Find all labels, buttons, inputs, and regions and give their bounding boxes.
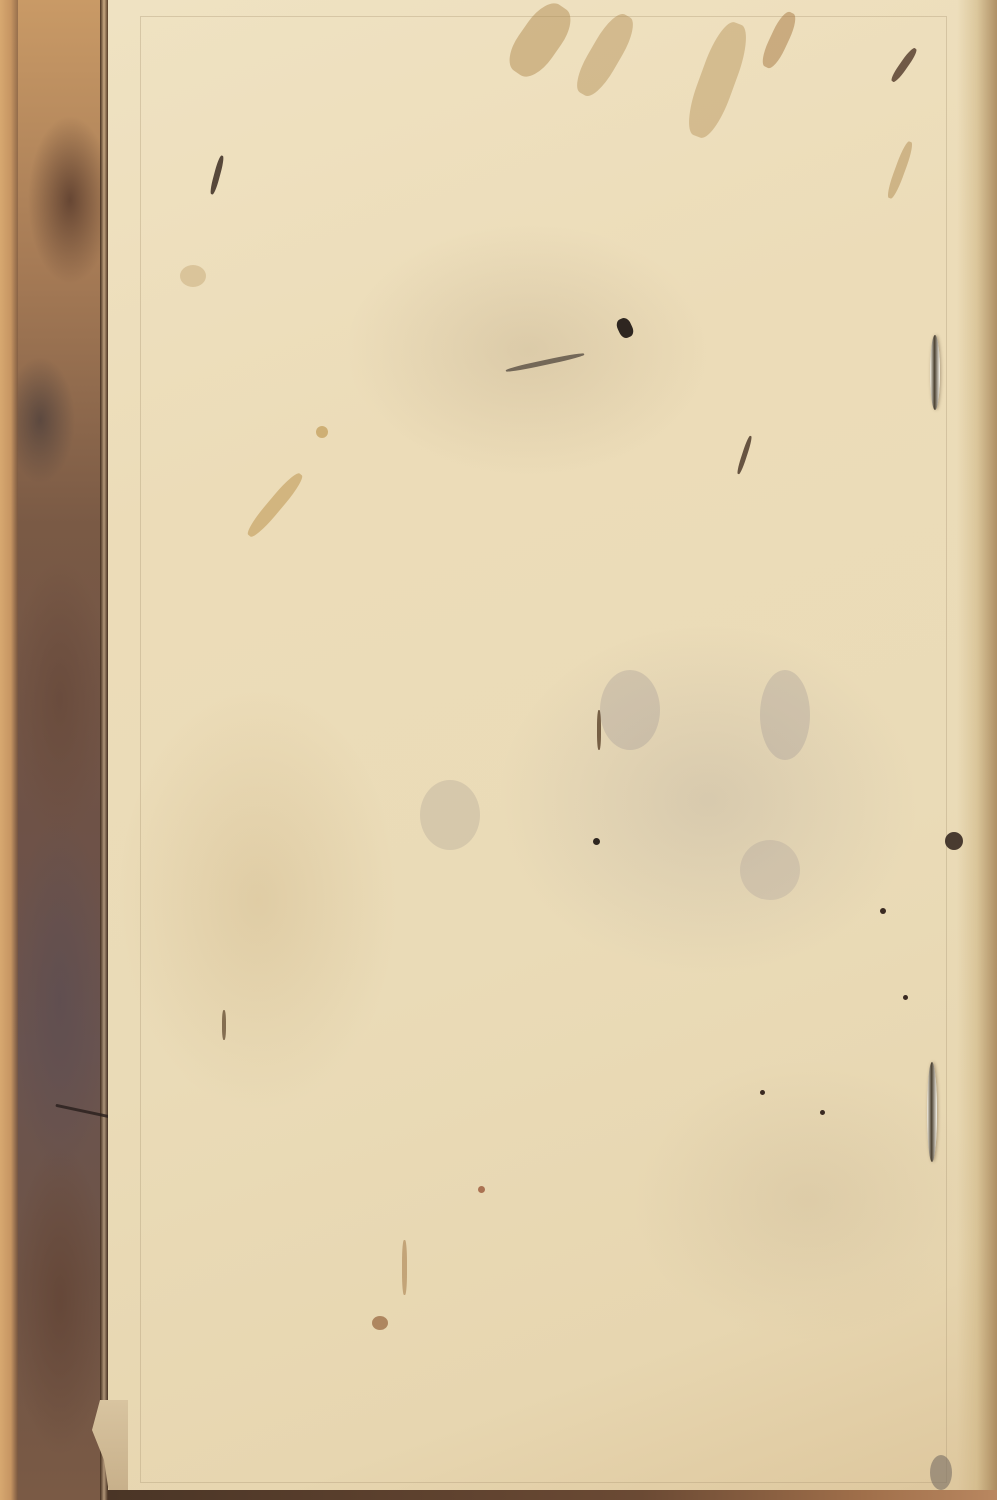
foxing bbox=[740, 840, 800, 900]
foxing bbox=[420, 780, 480, 850]
board-bottom-edge bbox=[108, 1490, 997, 1500]
ink-dot bbox=[593, 838, 600, 845]
paper-slit bbox=[927, 1062, 937, 1162]
board-fore-edge bbox=[957, 0, 997, 1500]
ink-blot bbox=[945, 832, 963, 850]
ink-dot bbox=[903, 995, 908, 1000]
paper-slit bbox=[930, 335, 940, 410]
foxing bbox=[600, 670, 660, 750]
faint-border-rule bbox=[140, 16, 947, 1483]
spine-outer-edge bbox=[0, 0, 18, 1500]
torn-corner-damage bbox=[930, 1455, 952, 1490]
book-cover-photo bbox=[0, 0, 997, 1500]
ink-dot bbox=[880, 908, 886, 914]
foxing bbox=[760, 670, 810, 760]
drip-stain bbox=[402, 1240, 407, 1295]
ink-drip bbox=[222, 1010, 226, 1040]
ink-dot bbox=[760, 1090, 765, 1095]
stain-spot bbox=[316, 426, 328, 438]
stain-spot bbox=[478, 1186, 485, 1193]
stain-spot bbox=[372, 1316, 388, 1330]
ink-dot bbox=[820, 1110, 825, 1115]
spine-hinge-crease bbox=[100, 0, 108, 1500]
stain-spot bbox=[180, 265, 206, 287]
